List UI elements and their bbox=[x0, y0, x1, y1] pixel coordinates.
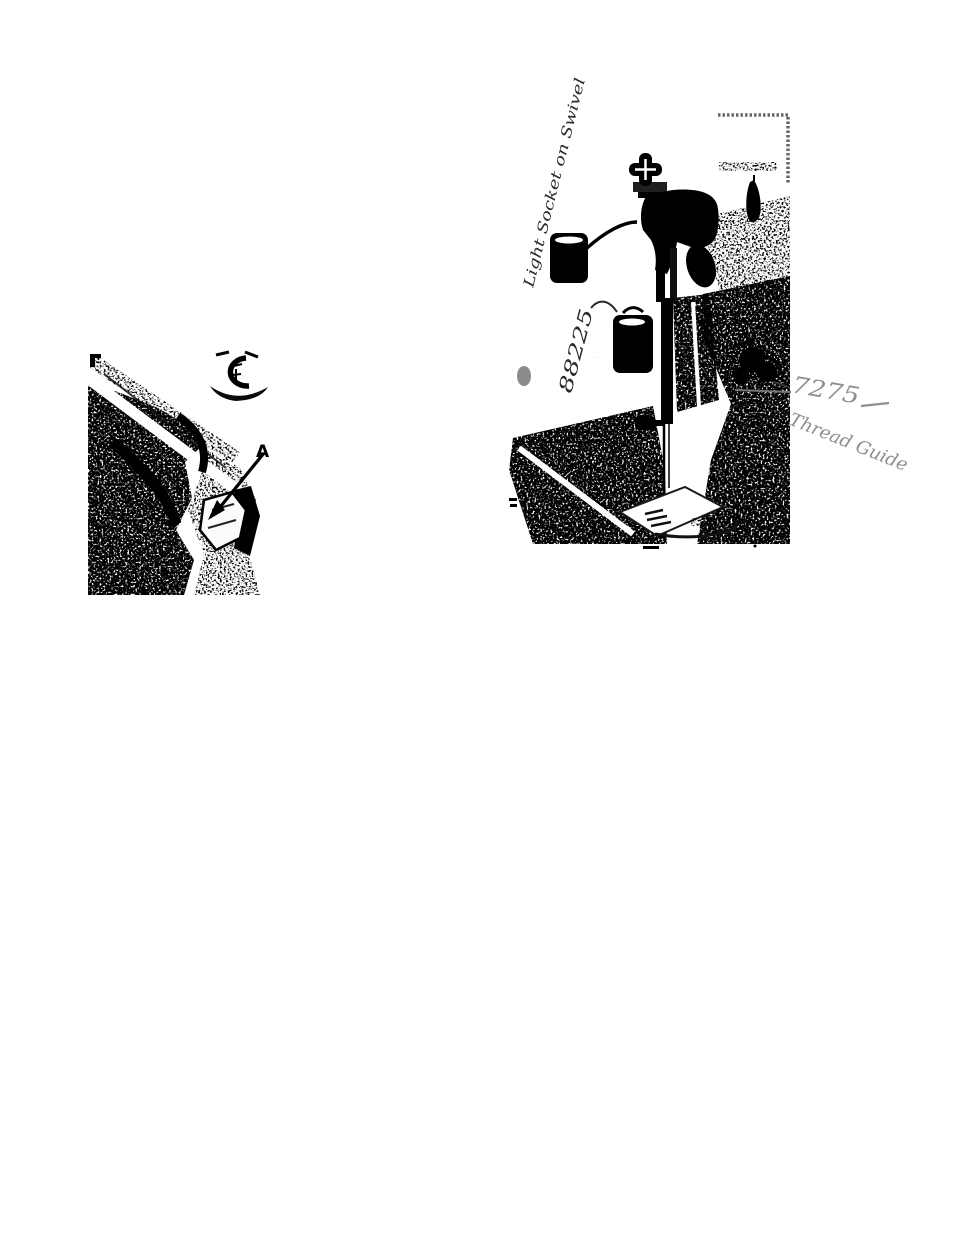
thumbscrew-knob bbox=[210, 352, 268, 401]
detail-photo: A bbox=[88, 350, 272, 595]
figure-detail-callout: A bbox=[88, 350, 272, 595]
plate-stamp-marks bbox=[691, 518, 717, 526]
callout-a-label: A bbox=[256, 442, 270, 462]
annotation-part-number-7275: 7275 bbox=[790, 372, 861, 409]
pencil-dash bbox=[861, 403, 889, 406]
annotation-thread-guide: Thread Guide bbox=[786, 409, 911, 476]
figure-sewing-machine: Light Socket on Swivel 88225 7275 Thread… bbox=[505, 70, 954, 550]
sewing-machine-photo: Light Socket on Swivel 88225 7275 Thread… bbox=[505, 70, 954, 550]
motor-cylinder bbox=[613, 308, 653, 373]
presser-screw-knob bbox=[635, 416, 655, 430]
gray-smudge bbox=[517, 366, 531, 386]
scanned-manual-page: A bbox=[0, 0, 954, 1235]
